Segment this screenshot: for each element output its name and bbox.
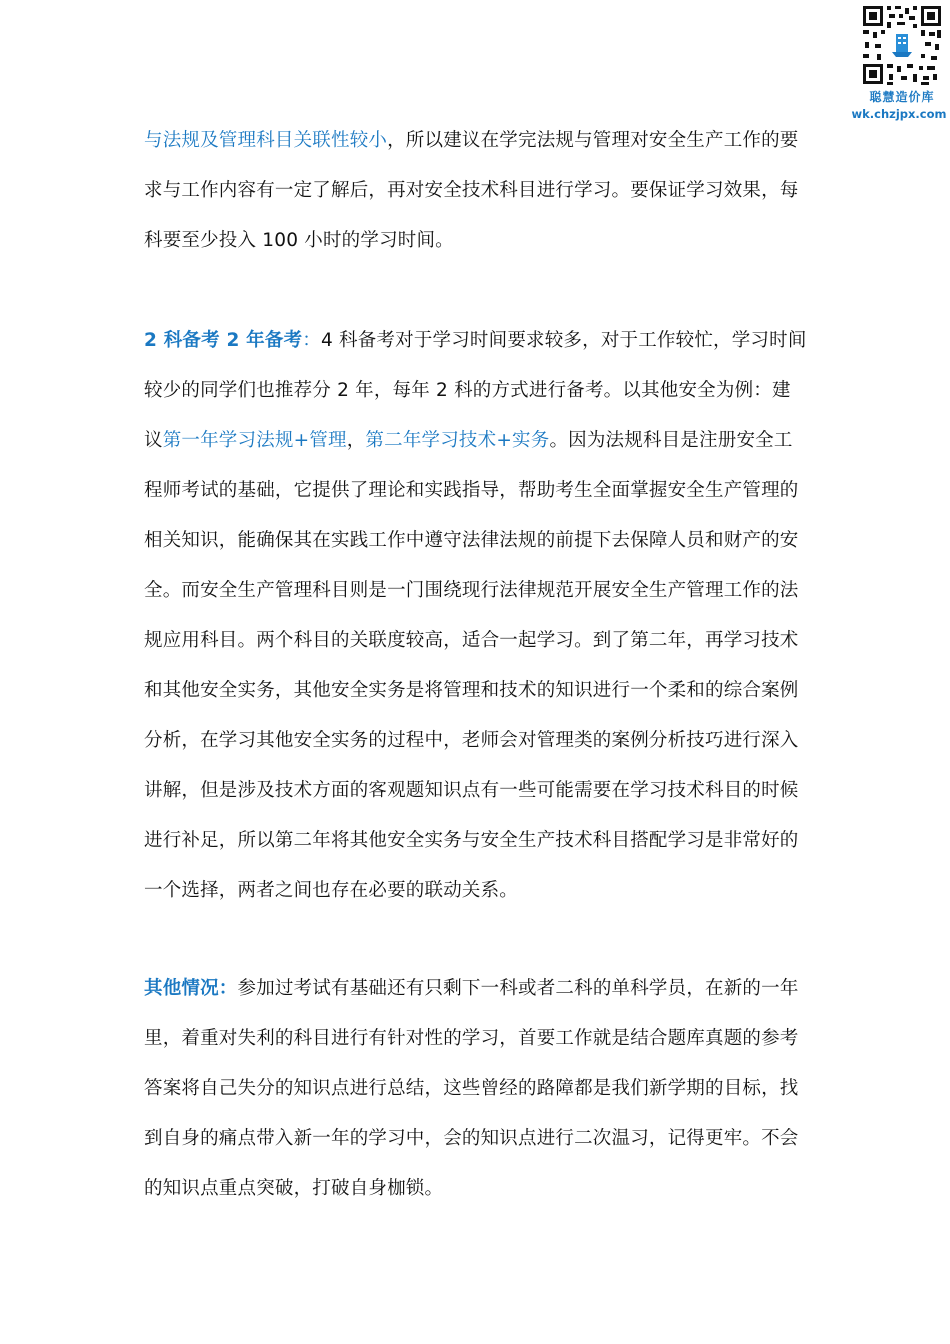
body-text: ，: [347, 430, 366, 451]
body-text: 和其他安全实务，其他安全实务是将管理和技术的知识进行一个柔和的综合案例: [144, 680, 799, 701]
text-line: 议第一年学习法规+管理，第二年学习技术+实务。因为法规科目是注册安全工: [144, 429, 824, 453]
text-line: 到自身的痛点带入新一年的学习中，会的知识点进行二次温习，记得更牢。不会: [144, 1127, 824, 1151]
body-text: 全。而安全生产管理科目则是一门围绕现行法律规范开展安全生产管理工作的法: [144, 580, 799, 601]
section-heading: 2 科备考 2 年备考: [144, 330, 302, 351]
body-text: 里，着重对失利的科目进行有针对性的学习，首要工作就是结合题库真题的参考: [144, 1028, 799, 1049]
body-text: 科要至少投入 100 小时的学习时间。: [144, 230, 454, 251]
highlight-text: ：: [302, 330, 321, 351]
text-line: 程师考试的基础，它提供了理论和实践指导，帮助考生全面掌握安全生产管理的: [144, 479, 824, 503]
watermark-url: wk.chzjpx.com: [851, 107, 947, 121]
text-line: 与法规及管理科目关联性较小，所以建议在学完法规与管理对安全生产工作的要: [144, 129, 824, 153]
text-line: 的知识点重点突破，打破自身枷锁。: [144, 1177, 824, 1201]
text-line: 相关知识，能确保其在实践工作中遵守法律法规的前提下去保障人员和财产的安: [144, 529, 824, 553]
body-text: 的知识点重点突破，打破自身枷锁。: [144, 1178, 443, 1199]
body-text: 分析，在学习其他安全实务的过程中，老师会对管理类的案例分析技巧进行深入: [144, 730, 799, 751]
text-line: 求与工作内容有一定了解后，再对安全技术科目进行学习。要保证学习效果，每: [144, 179, 824, 203]
body-text: 参加过考试有基础还有只剩下一科或者二科的单科学员，在新的一年: [238, 978, 799, 999]
text-line: 和其他安全实务，其他安全实务是将管理和技术的知识进行一个柔和的综合案例: [144, 679, 824, 703]
body-text: 程师考试的基础，它提供了理论和实践指导，帮助考生全面掌握安全生产管理的: [144, 480, 799, 501]
body-text: 一个选择，两者之间也存在必要的联动关系。: [144, 880, 518, 901]
body-text: 到自身的痛点带入新一年的学习中，会的知识点进行二次温习，记得更牢。不会: [144, 1128, 799, 1149]
text-line: 讲解，但是涉及技术方面的客观题知识点有一些可能需要在学习技术科目的时候: [144, 779, 824, 803]
body-text: 答案将自己失分的知识点进行总结，这些曾经的路障都是我们新学期的目标，找: [144, 1078, 799, 1099]
text-line: 进行补足，所以第二年将其他安全实务与安全生产技术科目搭配学习是非常好的: [144, 829, 824, 853]
section-heading: 其他情况：: [144, 978, 238, 999]
highlight-text: 第一年学习法规+管理: [163, 430, 347, 451]
text-line: 2 科备考 2 年备考：4 科备考对于学习时间要求较多，对于工作较忙，学习时间: [144, 329, 824, 353]
qr-code-icon: [861, 4, 943, 86]
body-text: 较少的同学们也推荐分 2 年，每年 2 科的方式进行备考。以其他安全为例：建: [144, 380, 791, 401]
text-line: 科要至少投入 100 小时的学习时间。: [144, 229, 824, 253]
text-line: 较少的同学们也推荐分 2 年，每年 2 科的方式进行备考。以其他安全为例：建: [144, 379, 824, 403]
watermark-brand: 聪慧造价库: [857, 90, 947, 104]
body-text: 相关知识，能确保其在实践工作中遵守法律法规的前提下去保障人员和财产的安: [144, 530, 799, 551]
body-text: 规应用科目。两个科目的关联度较高，适合一起学习。到了第二年，再学习技术: [144, 630, 799, 651]
text-line: 其他情况：参加过考试有基础还有只剩下一科或者二科的单科学员，在新的一年: [144, 977, 824, 1001]
watermark: 聪慧造价库 wk.chzjpx.com: [857, 4, 947, 121]
text-line: 规应用科目。两个科目的关联度较高，适合一起学习。到了第二年，再学习技术: [144, 629, 824, 653]
body-text: 4 科备考对于学习时间要求较多，对于工作较忙，学习时间: [321, 330, 807, 351]
body-text: 。因为法规科目是注册安全工: [549, 430, 792, 451]
body-text: 进行补足，所以第二年将其他安全实务与安全生产技术科目搭配学习是非常好的: [144, 830, 799, 851]
text-line: 分析，在学习其他安全实务的过程中，老师会对管理类的案例分析技巧进行深入: [144, 729, 824, 753]
body-text: 求与工作内容有一定了解后，再对安全技术科目进行学习。要保证学习效果，每: [144, 180, 799, 201]
highlight-text: 第二年学习技术+实务: [365, 430, 549, 451]
highlight-text: 与法规及管理科目关联性较小: [144, 130, 387, 151]
text-line: 一个选择，两者之间也存在必要的联动关系。: [144, 879, 824, 903]
text-line: 里，着重对失利的科目进行有针对性的学习，首要工作就是结合题库真题的参考: [144, 1027, 824, 1051]
text-line: 全。而安全生产管理科目则是一门围绕现行法律规范开展安全生产管理工作的法: [144, 579, 824, 603]
body-text: ，所以建议在学完法规与管理对安全生产工作的要: [387, 130, 798, 151]
body-text: 讲解，但是涉及技术方面的客观题知识点有一些可能需要在学习技术科目的时候: [144, 780, 799, 801]
text-line: 答案将自己失分的知识点进行总结，这些曾经的路障都是我们新学期的目标，找: [144, 1077, 824, 1101]
body-text: 议: [144, 430, 163, 451]
